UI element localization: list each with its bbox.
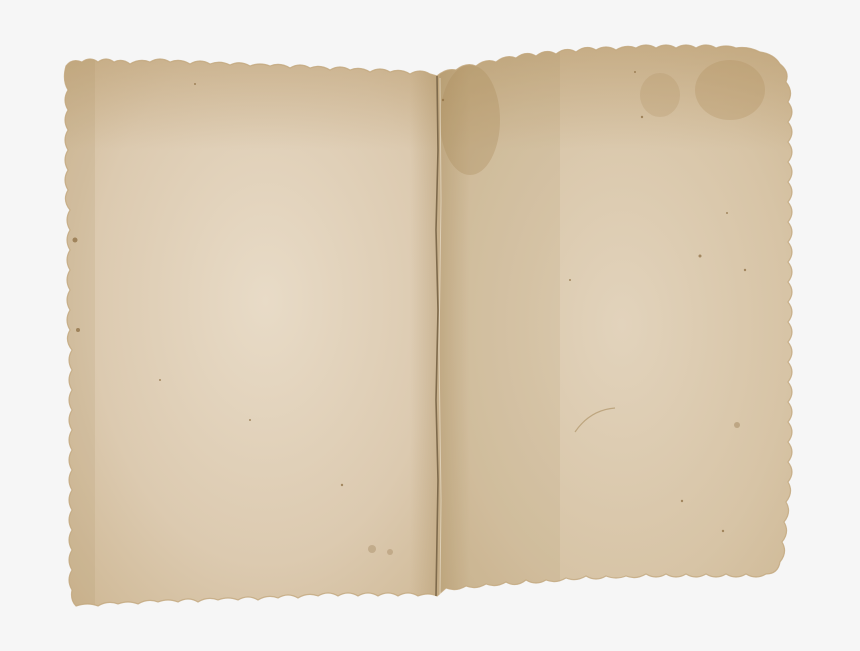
right-page-shade — [440, 40, 560, 620]
antique-card-image — [0, 0, 860, 651]
card-paper — [55, 30, 815, 620]
water-stain — [640, 73, 680, 117]
water-stain — [695, 60, 765, 120]
